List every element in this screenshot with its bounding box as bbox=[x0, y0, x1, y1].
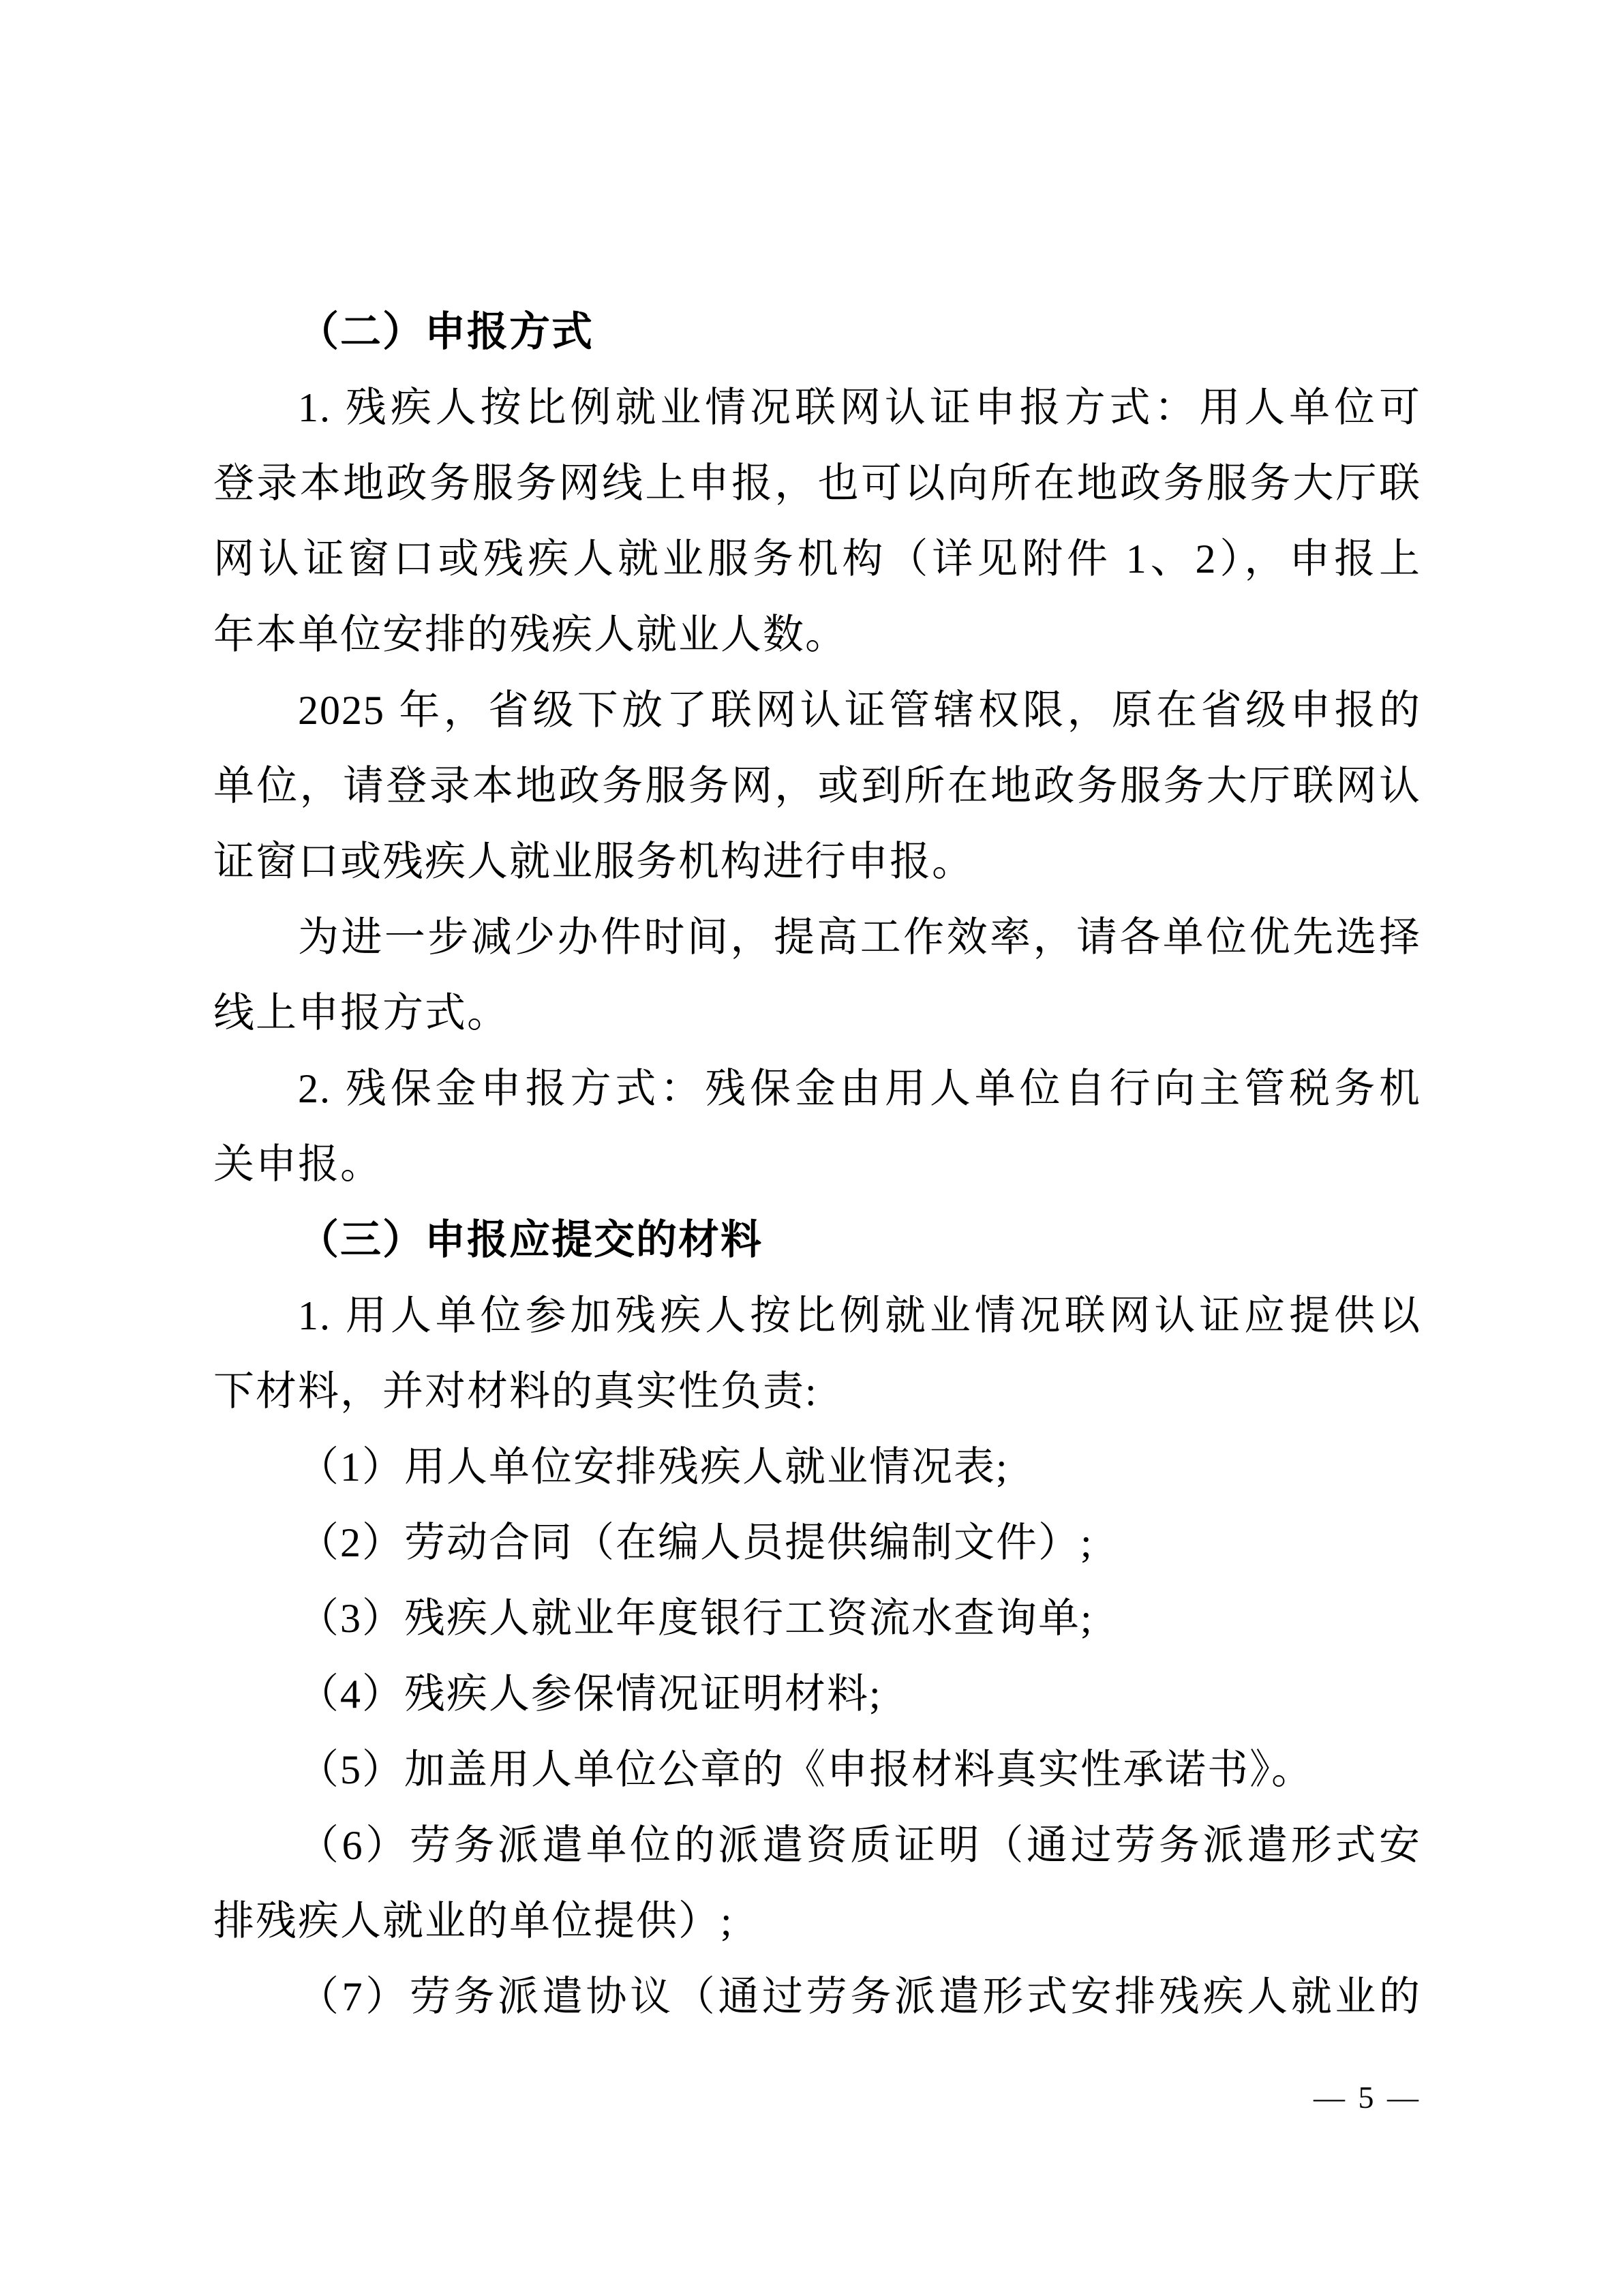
paragraph-line: 1. 用人单位参加残疾人按比例就业情况联网认证应提供以 bbox=[213, 1278, 1421, 1354]
list-item-line: 排残疾人就业的单位提供）; bbox=[213, 1884, 1421, 1959]
paragraph-line: 证窗口或残疾人就业服务机构进行申报。 bbox=[213, 824, 1421, 900]
section-heading: （三）申报应提交的材料 bbox=[213, 1203, 1421, 1278]
paragraph-line: 单位，请登录本地政务服务网，或到所在地政务服务大厅联网认 bbox=[213, 749, 1421, 824]
paragraph-line: 登录本地政务服务网线上申报，也可以向所在地政务服务大厅联 bbox=[213, 446, 1421, 522]
paragraph-line: 下材料，并对材料的真实性负责: bbox=[213, 1354, 1421, 1430]
section-heading: （二）申报方式 bbox=[213, 294, 1421, 370]
list-item-line: （1）用人单位安排残疾人就业情况表; bbox=[213, 1430, 1421, 1505]
list-item-line: （5）加盖用人单位公章的《申报材料真实性承诺书》。 bbox=[213, 1732, 1421, 1808]
list-item-line: （7）劳务派遣协议（通过劳务派遣形式安排残疾人就业的 bbox=[213, 1959, 1421, 2035]
list-item-line: （3）残疾人就业年度银行工资流水查询单; bbox=[213, 1581, 1421, 1657]
paragraph-line: 网认证窗口或残疾人就业服务机构（详见附件 1、2），申报上 bbox=[213, 522, 1421, 597]
paragraph-line: 线上申报方式。 bbox=[213, 976, 1421, 1051]
paragraph-line: 2. 残保金申报方式：残保金由用人单位自行向主管税务机 bbox=[213, 1051, 1421, 1127]
page-number: — 5 — bbox=[1314, 2074, 1421, 2121]
list-item-line: （6）劳务派遣单位的派遣资质证明（通过劳务派遣形式安 bbox=[213, 1808, 1421, 1884]
paragraph-line: 年本单位安排的残疾人就业人数。 bbox=[213, 597, 1421, 673]
paragraph-line: 1. 残疾人按比例就业情况联网认证申报方式：用人单位可 bbox=[213, 370, 1421, 446]
list-item-line: （4）残疾人参保情况证明材料; bbox=[213, 1657, 1421, 1732]
document-body: （二）申报方式 1. 残疾人按比例就业情况联网认证申报方式：用人单位可 登录本地… bbox=[213, 294, 1421, 2035]
paragraph-line: 为进一步减少办件时间，提高工作效率，请各单位优先选择 bbox=[213, 900, 1421, 976]
paragraph-line: 关申报。 bbox=[213, 1127, 1421, 1203]
list-item-line: （2）劳动合同（在编人员提供编制文件）; bbox=[213, 1505, 1421, 1581]
document-page: （二）申报方式 1. 残疾人按比例就业情况联网认证申报方式：用人单位可 登录本地… bbox=[0, 0, 1623, 2296]
paragraph-line: 2025 年，省级下放了联网认证管辖权限，原在省级申报的 bbox=[213, 673, 1421, 749]
